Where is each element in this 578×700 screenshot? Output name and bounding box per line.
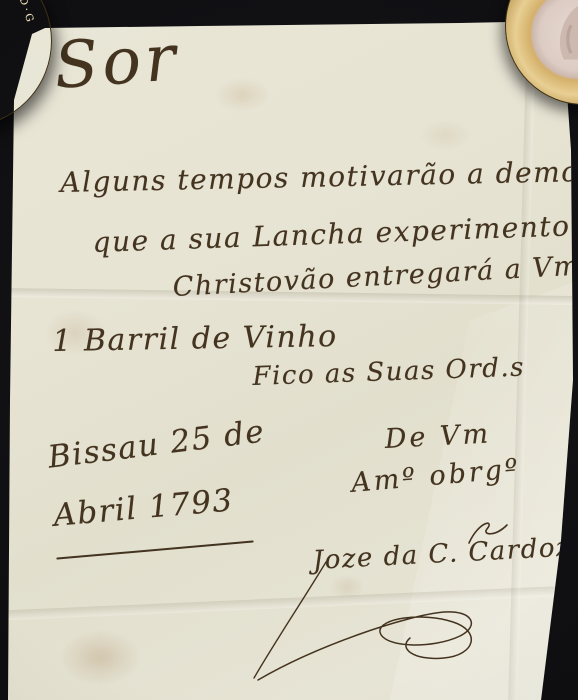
coin-portrait [530,0,578,90]
letter-paper: Sor Alguns tempos motivarão a demora que… [0,0,578,700]
signature-flourish [248,560,493,695]
signoff-line-1: De Vm [384,418,492,455]
photograph-of-handwritten-letter: Sor Alguns tempos motivarão a demora que… [0,0,578,700]
coin-rim-inscription: II·D·G [10,0,35,26]
paraph-mark [465,515,511,551]
body-line-4: 1 Barril de Vinho [52,319,338,359]
salutation-text: Sor [52,21,182,104]
